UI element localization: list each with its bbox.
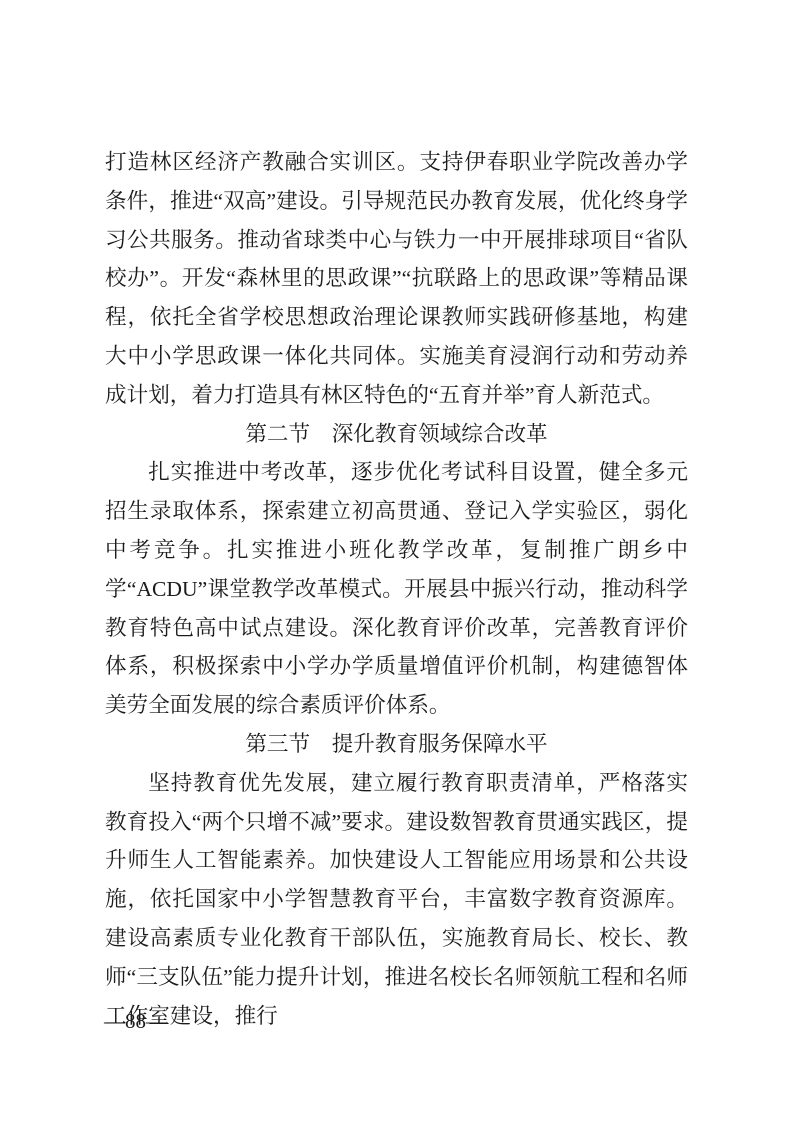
- section-heading: 第二节 深化教育领域综合改革: [105, 415, 688, 454]
- body-paragraph: 扎实推进中考改革，逐步优化考试科目设置，健全多元招生录取体系，探索建立初高贯通、…: [105, 453, 688, 725]
- body-paragraph: 打造林区经济产教融合实训区。支持伊春职业学院改善办学条件，推进“双高”建设。引导…: [105, 143, 688, 415]
- document-page: 打造林区经济产教融合实训区。支持伊春职业学院改善办学条件，推进“双高”建设。引导…: [0, 0, 793, 1122]
- document-body: 打造林区经济产教融合实训区。支持伊春职业学院改善办学条件，推进“双高”建设。引导…: [105, 143, 688, 1035]
- section-heading: 第三节 提升教育服务保障水平: [105, 725, 688, 764]
- page-number: —88—: [104, 1008, 167, 1034]
- document-page-root: { "page": { "background": "#ffffff", "te…: [0, 0, 793, 1122]
- body-paragraph: 坚持教育优先发展，建立履行教育职责清单，严格落实教育投入“两个只增不减”要求。建…: [105, 764, 688, 1036]
